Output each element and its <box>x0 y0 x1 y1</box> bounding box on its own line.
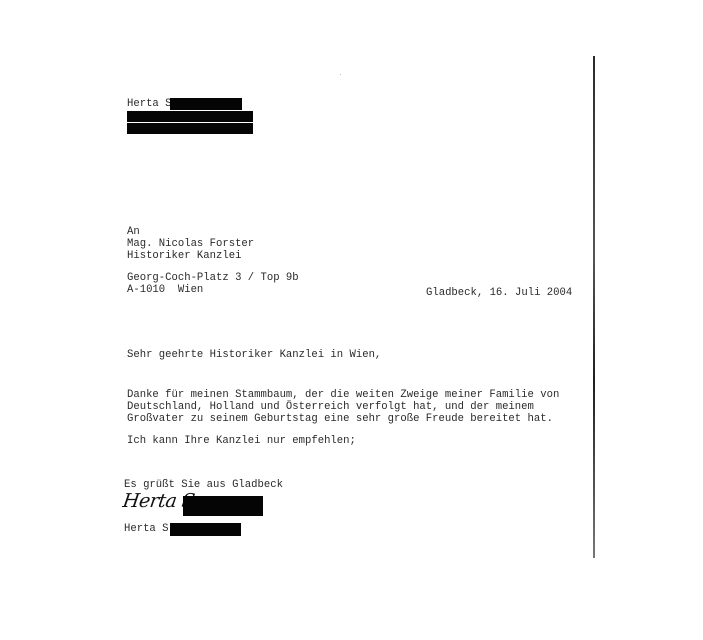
redaction-bar <box>183 496 263 516</box>
redaction-bar <box>127 111 253 122</box>
redaction-bar <box>170 98 242 110</box>
sender-name: Herta S <box>127 98 172 111</box>
place-date: Gladbeck, 16. Juli 2004 <box>426 287 572 300</box>
page-edge-line <box>593 56 595 558</box>
redaction-bar <box>170 523 241 536</box>
recipient-city: A-1010 Wien <box>127 284 203 297</box>
redaction-bar <box>127 123 253 134</box>
salutation: Sehr geehrte Historiker Kanzlei in Wien, <box>127 349 381 362</box>
recipient-company: Historiker Kanzlei <box>127 250 241 263</box>
scan-speck <box>340 74 341 75</box>
body-line: Großvater zu seinem Geburtstag eine sehr… <box>127 413 553 426</box>
typed-name: Herta S <box>124 523 169 536</box>
body-line: Ich kann Ihre Kanzlei nur empfehlen; <box>127 435 356 448</box>
